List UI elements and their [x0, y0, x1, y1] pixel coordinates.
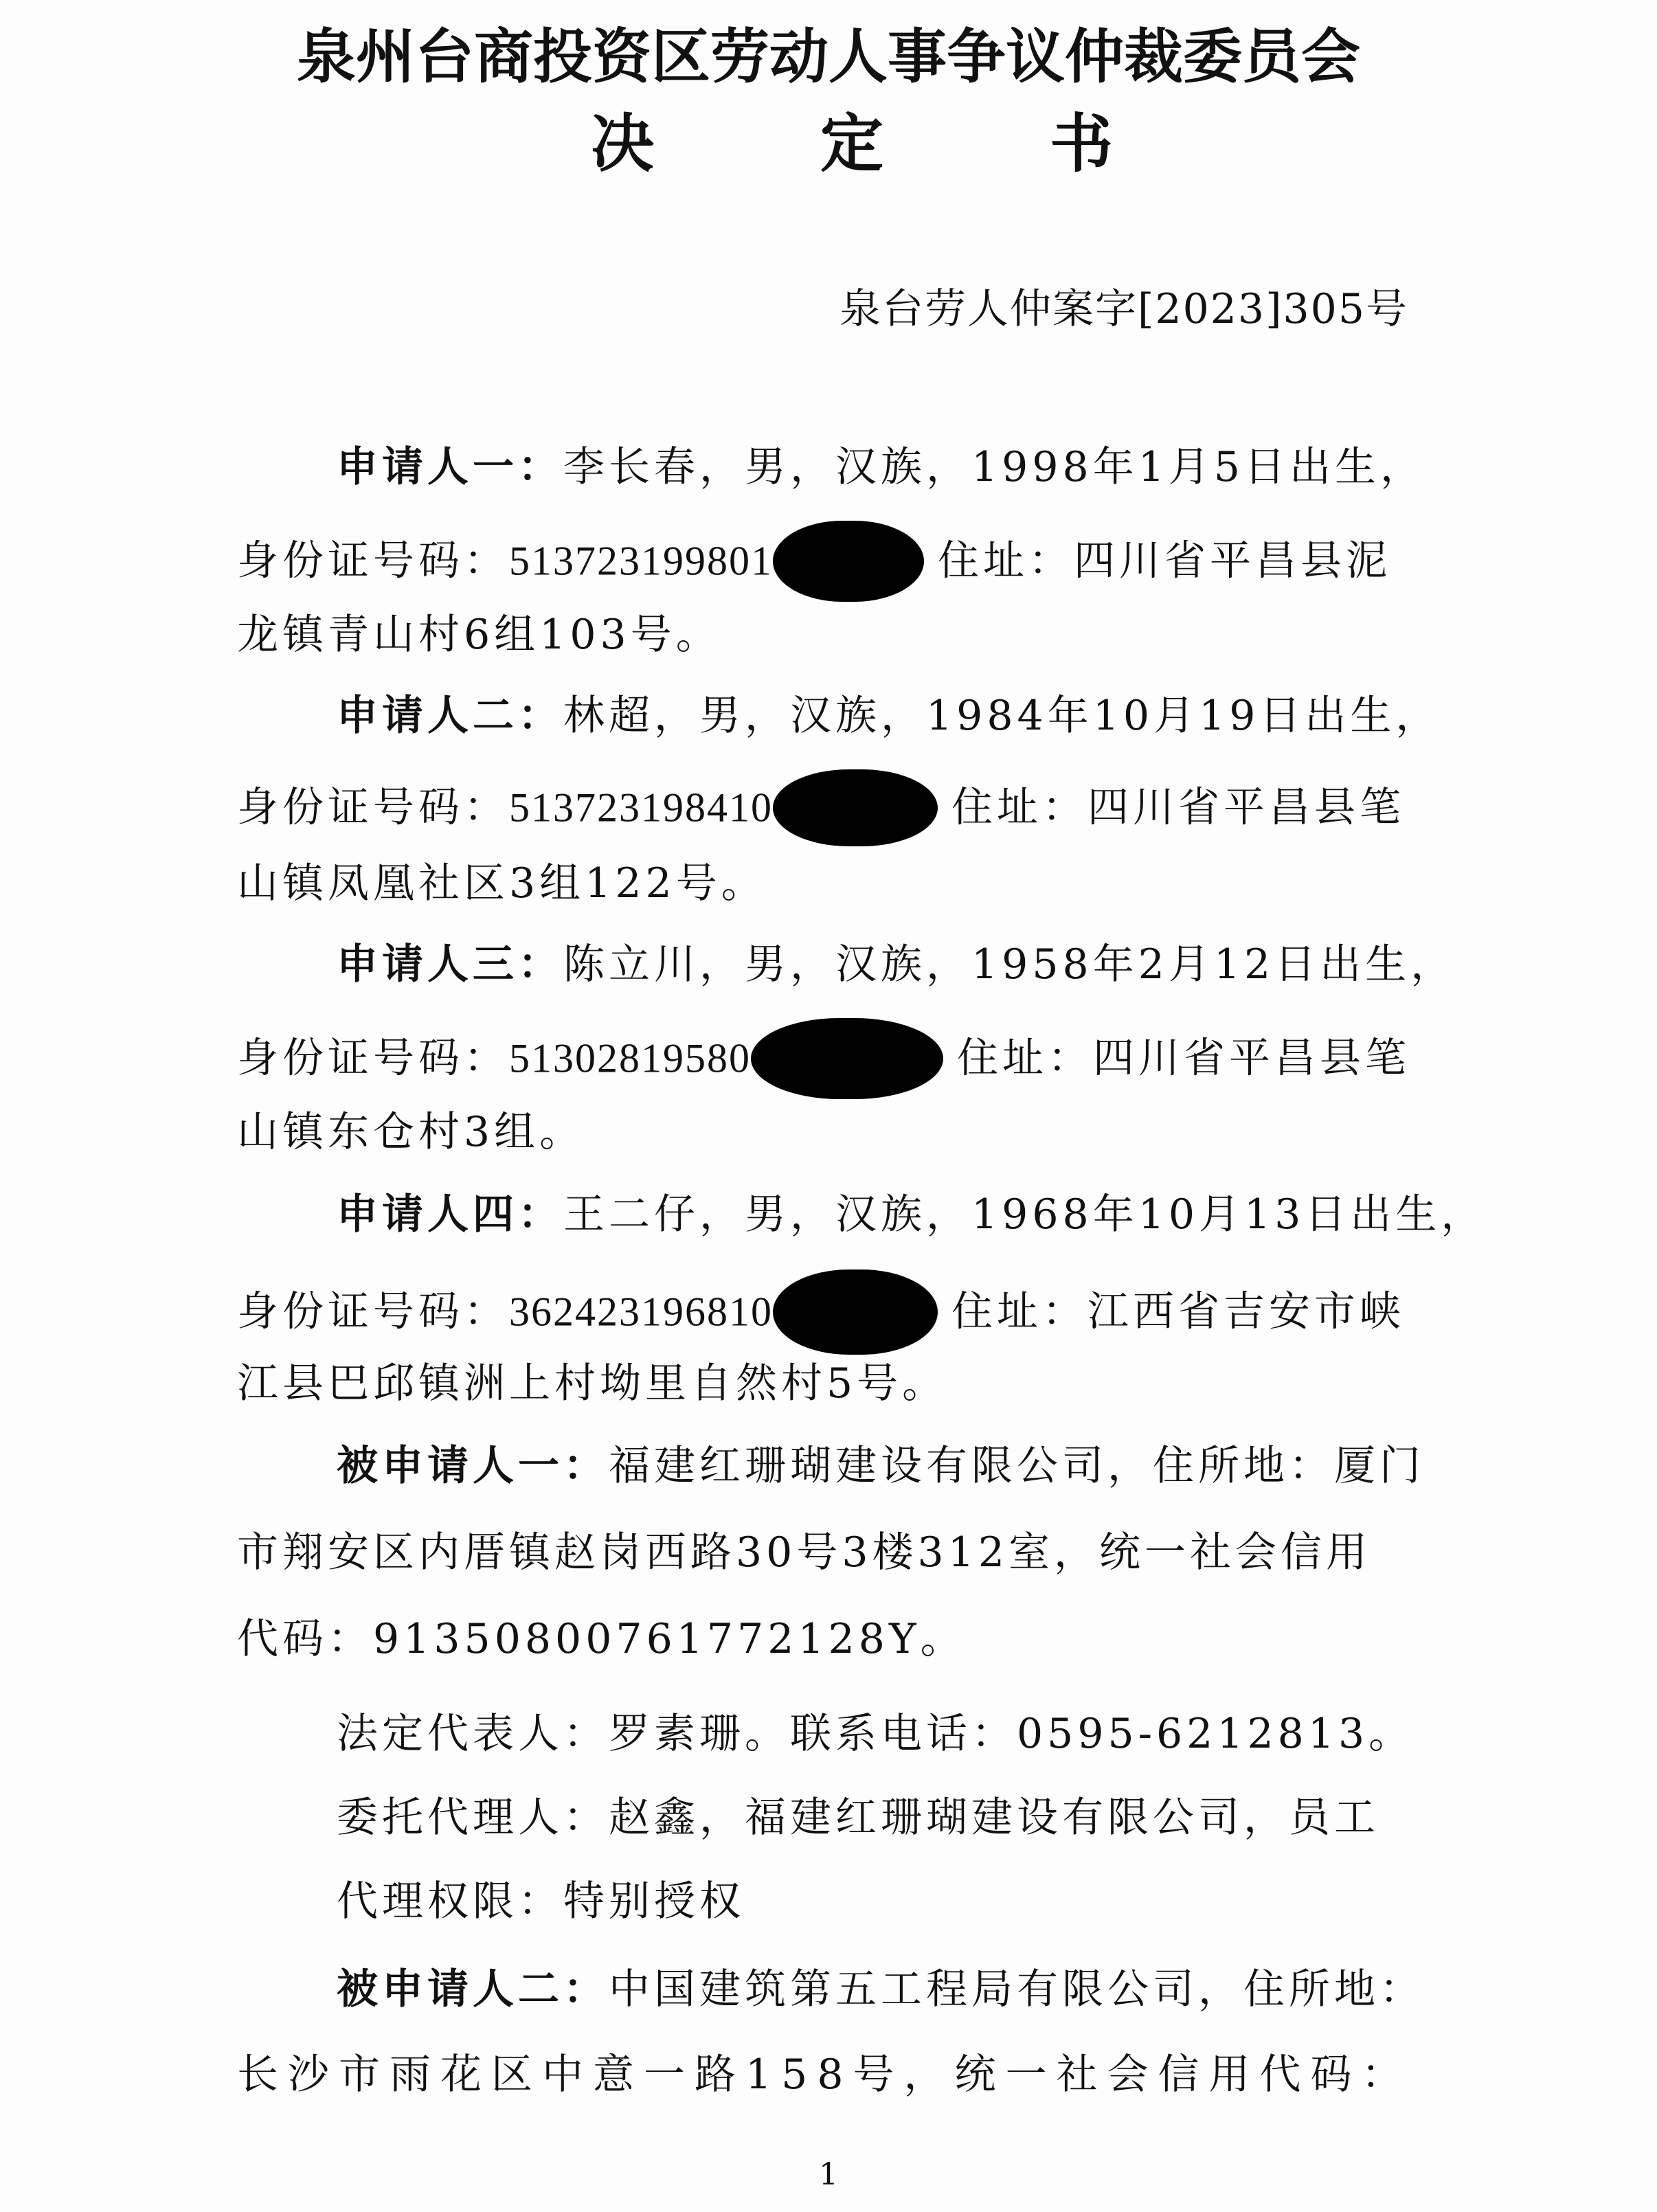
applicant-4-line-2: 身份证号码：36242319681​0住址：江西省吉安市峡	[237, 1272, 1405, 1357]
respondent-1-line-3: 代码：91350800761772128Y。	[237, 1612, 966, 1667]
address-label: 住址：	[951, 784, 1087, 832]
applicant-details: 李长春，男，汉族，1998年1月5日出生，	[563, 443, 1425, 491]
redaction-mark	[773, 521, 924, 602]
redaction-mark	[773, 769, 938, 846]
applicant-details: 王二仔，男，汉族，1968年10月13日出生，	[563, 1190, 1486, 1239]
address-label: 住址：	[957, 1035, 1093, 1083]
address-part-a: 四川省平昌县笔	[1087, 784, 1405, 832]
address-part-a: 江西省吉安市峡	[1087, 1288, 1405, 1336]
address-part-b: 山镇凤凰社区3组122号。	[237, 859, 767, 907]
applicant-label: 申请人二：	[337, 692, 563, 740]
organization-title: 泉州台商投资区劳动人事争议仲裁委员会	[0, 19, 1657, 95]
applicant-details: 林超，男，汉族，1984年10月19日出生，	[563, 692, 1441, 740]
document-page: 泉州台商投资区劳动人事争议仲裁委员会 决 定 书 泉台劳人仲案字[2023]30…	[0, 0, 1657, 2212]
id-number-visible: 51302819580	[509, 1036, 751, 1081]
applicant-1-line-1: 申请人一：李长春，男，汉族，1998年1月5日出生，	[337, 440, 1425, 495]
respondent-2-line-2: 长沙市雨花区中意一路158号，统一社会信用代码：	[237, 2047, 1412, 2102]
id-number-visible: 36242319681​0	[509, 1289, 773, 1335]
respondent-1-line-1: 被申请人一：福建红珊瑚建设有限公司，住所地：厦门	[337, 1438, 1425, 1493]
document-type-title: 决 定 书	[591, 103, 1113, 185]
applicant-3-line-3: 山镇东仓村3组。	[237, 1105, 585, 1160]
applicant-2-line-2: 身份证号码：513723198410住址：四川省平昌县笔	[237, 772, 1405, 849]
address-part-a: 四川省平昌县笔	[1093, 1035, 1410, 1083]
applicant-3-line-1: 申请人三：陈立川，男，汉族，1958年2月12日出生，	[337, 937, 1456, 992]
address-part-b: 山镇东仓村3组。	[237, 1108, 585, 1156]
id-label: 身份证号码：	[237, 1288, 509, 1336]
address-part-b: 江县巴邱镇洲上村坳里自然村5号。	[237, 1359, 947, 1408]
applicant-label: 申请人一：	[337, 443, 563, 491]
legal-rep-text: 法定代表人：罗素珊。联系电话：0595-6212813。	[337, 1710, 1414, 1758]
id-number-visible: 513723198410	[509, 785, 773, 831]
respondent-address: 市翔安区内厝镇赵岗西路30号3楼312室，统一社会信用	[237, 1528, 1371, 1577]
applicant-details: 陈立川，男，汉族，1958年2月12日出生，	[563, 940, 1456, 989]
respondent-details: 福建红珊瑚建设有限公司，住所地：厦门	[609, 1442, 1425, 1490]
id-label: 身份证号码：	[237, 537, 509, 585]
page-number: 1	[0, 2157, 1657, 2192]
case-number: 泉台劳人仲案字[2023]305号	[839, 282, 1408, 337]
entrusted-agent: 委托代理人：赵鑫，福建红珊瑚建设有限公司，员工	[337, 1790, 1379, 1845]
id-number-visible: 513723199801	[509, 539, 773, 584]
applicant-1-line-3: 龙镇青山村6组103号。	[237, 607, 721, 662]
redaction-mark	[773, 1269, 938, 1355]
address-part-a: 四川省平昌县泥	[1074, 537, 1391, 585]
id-label: 身份证号码：	[237, 1035, 509, 1083]
respondent-1-line-2: 市翔安区内厝镇赵岗西路30号3楼312室，统一社会信用	[237, 1525, 1371, 1580]
address-label: 住址：	[938, 537, 1074, 585]
agency-authority: 代理权限：特别授权	[337, 1874, 745, 1929]
applicant-4-line-3: 江县巴邱镇洲上村坳里自然村5号。	[237, 1356, 947, 1411]
respondent-credit-code: 代码：91350800761772128Y。	[237, 1615, 966, 1663]
applicant-3-line-2: 身份证号码：51302819580住址：四川省平昌县笔	[237, 1021, 1410, 1102]
doc-type-char: 决	[591, 103, 654, 185]
applicant-1-line-2: 身份证号码：513723199801住址：四川省平昌县泥	[237, 523, 1391, 605]
respondent-label: 被申请人二：	[337, 1965, 609, 2013]
applicant-label: 申请人四：	[337, 1190, 563, 1239]
address-label: 住址：	[951, 1288, 1087, 1336]
respondent-details: 中国建筑第五工程局有限公司，住所地：	[609, 1965, 1425, 2013]
agent-text: 委托代理人：赵鑫，福建红珊瑚建设有限公司，员工	[337, 1794, 1379, 1842]
applicant-2-line-3: 山镇凤凰社区3组122号。	[237, 856, 767, 911]
doc-type-char: 书	[1050, 103, 1113, 185]
applicant-4-line-1: 申请人四：王二仔，男，汉族，1968年10月13日出生，	[337, 1187, 1486, 1242]
applicant-2-line-1: 申请人二：林超，男，汉族，1984年10月19日出生，	[337, 688, 1441, 743]
respondent-label: 被申请人一：	[337, 1442, 609, 1490]
doc-type-char: 定	[820, 103, 883, 185]
applicant-label: 申请人三：	[337, 940, 563, 989]
respondent-2-line-1: 被申请人二：中国建筑第五工程局有限公司，住所地：	[337, 1962, 1425, 2017]
authority-text: 代理权限：特别授权	[337, 1877, 745, 1926]
id-label: 身份证号码：	[237, 784, 509, 832]
redaction-mark	[751, 1018, 943, 1099]
address-part-b: 龙镇青山村6组103号。	[237, 611, 721, 659]
legal-representative: 法定代表人：罗素珊。联系电话：0595-6212813。	[337, 1706, 1414, 1761]
respondent-address: 长沙市雨花区中意一路158号，统一社会信用代码：	[237, 2051, 1412, 2099]
